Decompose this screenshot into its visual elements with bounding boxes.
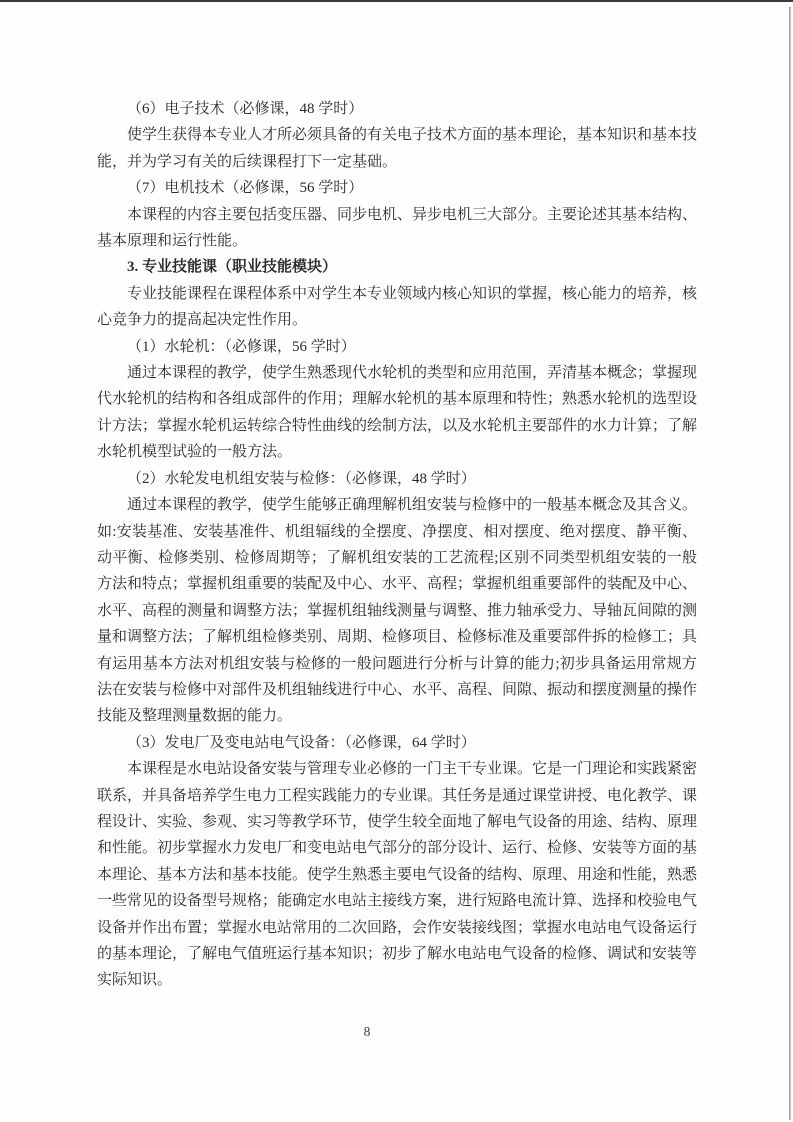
scan-edge-right-line [789,7,791,1120]
section-heading-3: 3. 专业技能课（职业技能模块） [97,254,697,280]
course-description-1: 通过本课程的教学，使学生熟悉现代水轮机的类型和应用范围，弄清基本概念；掌握现代水… [97,360,697,466]
course-description-2: 通过本课程的教学，使学生能够正确理解机组安装与检修中的一般基本概念及其含义。如:… [97,492,697,730]
course-heading-2: （2）水轮发电机组安装与检修：（必修课，48 学时） [97,466,697,492]
scan-edge-top-line [0,0,793,2]
course-heading-7: （7）电机技术（必修课，56 学时） [97,175,697,201]
course-heading-1: （1）水轮机：（必修课，56 学时） [97,334,697,360]
document-content: （6）电子技术（必修课，48 学时）使学生获得本专业人才所必须具备的有关电子技术… [97,96,697,994]
course-description-6: 使学生获得本专业人才所必须具备的有关电子技术方面的基本理论，基本知识和基本技能，… [97,122,697,175]
course-description-7: 本课程的内容主要包括变压器、同步电机、异步电机三大部分。主要论述其基本结构、基本… [97,202,697,255]
page-number: 8 [0,1024,734,1040]
section-intro-3: 专业技能课程在课程体系中对学生本专业领域内核心知识的掌握，核心能力的培养，核心竞… [97,281,697,334]
course-heading-3: （3）发电厂及变电站电气设备：（必修课，64 学时） [97,730,697,756]
course-heading-6: （6）电子技术（必修课，48 学时） [97,96,697,122]
document-page: （6）电子技术（必修课，48 学时）使学生获得本专业人才所必须具备的有关电子技术… [0,0,793,1122]
course-description-3: 本课程是水电站设备安装与管理专业必修的一门主干专业课。它是一门理论和实践紧密联系… [97,756,697,994]
